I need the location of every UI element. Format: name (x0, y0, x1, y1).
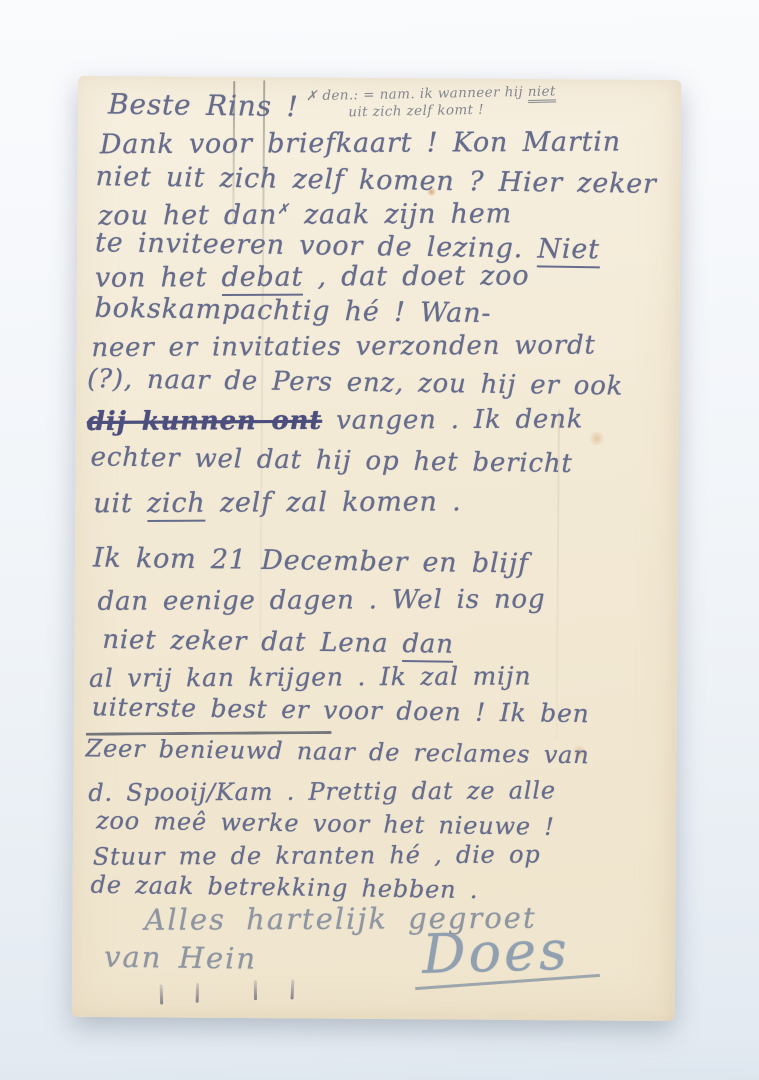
signoff: van Hein (104, 940, 257, 976)
letter-line: zou het dan✗ zaak zijn hem (98, 198, 512, 231)
letter-line: dij kunnen ont vangen . Ik denk (87, 404, 584, 437)
letter-line: dan eenige dagen . Wel is nog (98, 584, 546, 616)
letter-line: Ik kom 21 December en blijf (93, 543, 529, 580)
salutation: Beste Rins ! (108, 87, 299, 123)
letter-line: de zaak betrekking hebben . (90, 871, 478, 904)
letter-line: neer er invitaties verzonden wordt (91, 330, 595, 363)
letter-line: niet uit zich zelf komen ? Hier zeker (95, 161, 657, 200)
photo-background: ✗ den.: = nam. ik wanneer hij niet uit z… (0, 0, 759, 1080)
ink-mark (291, 979, 295, 999)
letter-line: echter wel dat hij op het bericht (90, 442, 572, 479)
insertion-mark: ✗ (306, 88, 323, 104)
insertion-mark: ✗ (277, 202, 290, 218)
letter-line: uiterste best er voor doen ! Ik ben (92, 692, 590, 728)
letter-line: von het debat , dat doet zoo (95, 260, 530, 293)
pencil-annotation: ✗ den.: = nam. ik wanneer hij niet uit z… (306, 81, 667, 122)
signature: Does (421, 919, 570, 986)
letter-line: zoo meê werke voor het nieuwe ! (96, 806, 555, 840)
ink-mark (160, 984, 164, 1004)
ink-mark (196, 983, 199, 1003)
struck-text: dij kunnen ont (87, 406, 322, 437)
stain (588, 431, 606, 445)
postcard: ✗ den.: = nam. ik wanneer hij niet uit z… (72, 76, 682, 1021)
letter-line: d. Spooij/Kam . Prettig dat ze alle (88, 776, 556, 806)
letter-line: (?), naar de Pers enz, zou hij er ook (87, 364, 623, 401)
letter-line: niet zeker dat Lena dan (102, 625, 454, 660)
letter-line: bokskampachtig hé ! Wan- (94, 293, 491, 330)
ink-mark (254, 980, 257, 1000)
letter-line: Zeer benieuwd naar de reclames van (85, 734, 589, 769)
letter-line: Dank voor briefkaart ! Kon Martin (100, 127, 621, 161)
letter-line: Stuur me de kranten hé , die op (93, 840, 541, 870)
letter-line: uit zich zelf zal komen . (93, 486, 461, 519)
letter-line: al vrij kan krijgen . Ik zal mijn (89, 661, 531, 692)
